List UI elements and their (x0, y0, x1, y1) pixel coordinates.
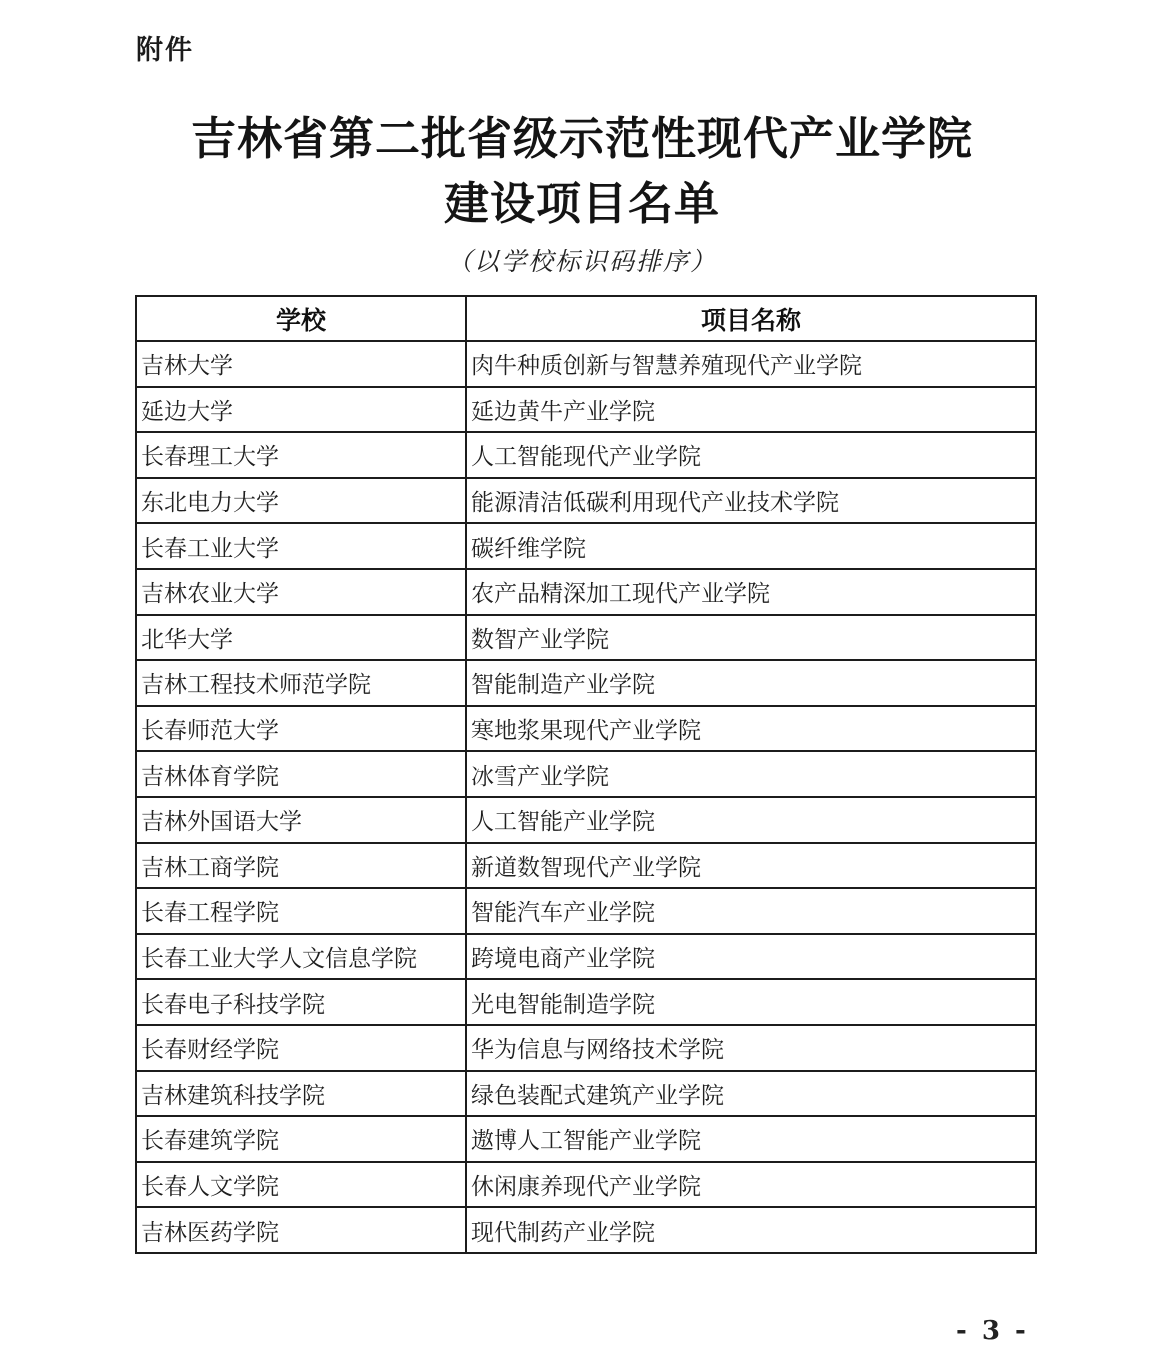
school-cell: 吉林医药学院 (136, 1207, 466, 1253)
table-row: 吉林体育学院冰雪产业学院 (136, 751, 1036, 797)
table-row: 长春财经学院华为信息与网络技术学院 (136, 1025, 1036, 1071)
table-row: 吉林农业大学农产品精深加工现代产业学院 (136, 569, 1036, 615)
project-cell: 华为信息与网络技术学院 (466, 1025, 1036, 1071)
school-cell: 北华大学 (136, 615, 466, 661)
school-cell: 长春电子科技学院 (136, 979, 466, 1025)
project-cell: 智能汽车产业学院 (466, 888, 1036, 934)
school-cell: 长春建筑学院 (136, 1116, 466, 1162)
school-cell: 吉林外国语大学 (136, 797, 466, 843)
school-cell: 长春理工大学 (136, 432, 466, 478)
project-cell: 冰雪产业学院 (466, 751, 1036, 797)
school-cell: 长春工业大学人文信息学院 (136, 934, 466, 980)
project-cell: 能源清洁低碳利用现代产业技术学院 (466, 478, 1036, 524)
project-cell: 跨境电商产业学院 (466, 934, 1036, 980)
school-column-header: 学校 (136, 296, 466, 341)
table-row: 吉林医药学院现代制药产业学院 (136, 1207, 1036, 1253)
document-title-line1: 吉林省第二批省级示范性现代产业学院 (0, 106, 1164, 171)
table-row: 吉林工程技术师范学院智能制造产业学院 (136, 660, 1036, 706)
school-cell: 长春人文学院 (136, 1162, 466, 1208)
table-row: 长春人文学院休闲康养现代产业学院 (136, 1162, 1036, 1208)
project-cell: 人工智能产业学院 (466, 797, 1036, 843)
project-cell: 现代制药产业学院 (466, 1207, 1036, 1253)
attachment-label: 附件 (136, 28, 194, 67)
project-cell: 碳纤维学院 (466, 523, 1036, 569)
table-row: 长春工程学院智能汽车产业学院 (136, 888, 1036, 934)
project-cell: 休闲康养现代产业学院 (466, 1162, 1036, 1208)
table-row: 东北电力大学能源清洁低碳利用现代产业技术学院 (136, 478, 1036, 524)
school-cell: 吉林工程技术师范学院 (136, 660, 466, 706)
project-cell: 遨博人工智能产业学院 (466, 1116, 1036, 1162)
school-cell: 长春师范大学 (136, 706, 466, 752)
school-cell: 长春财经学院 (136, 1025, 466, 1071)
table-row: 长春工业大学人文信息学院跨境电商产业学院 (136, 934, 1036, 980)
table-row: 吉林外国语大学人工智能产业学院 (136, 797, 1036, 843)
table-row: 吉林建筑科技学院绿色装配式建筑产业学院 (136, 1071, 1036, 1117)
project-cell: 绿色装配式建筑产业学院 (466, 1071, 1036, 1117)
table-row: 北华大学数智产业学院 (136, 615, 1036, 661)
table-row: 吉林工商学院新道数智现代产业学院 (136, 843, 1036, 889)
school-cell: 东北电力大学 (136, 478, 466, 524)
school-cell: 吉林大学 (136, 341, 466, 387)
school-cell: 吉林体育学院 (136, 751, 466, 797)
table-row: 长春理工大学人工智能现代产业学院 (136, 432, 1036, 478)
school-cell: 吉林农业大学 (136, 569, 466, 615)
project-cell: 新道数智现代产业学院 (466, 843, 1036, 889)
document-title-line2: 建设项目名单 (0, 171, 1164, 236)
page-number: - 3 - (956, 1316, 1029, 1346)
table-row: 长春电子科技学院光电智能制造学院 (136, 979, 1036, 1025)
school-cell: 长春工程学院 (136, 888, 466, 934)
project-cell: 肉牛种质创新与智慧养殖现代产业学院 (466, 341, 1036, 387)
school-cell: 延边大学 (136, 387, 466, 433)
school-cell: 吉林建筑科技学院 (136, 1071, 466, 1117)
project-cell: 光电智能制造学院 (466, 979, 1036, 1025)
table-row: 长春工业大学碳纤维学院 (136, 523, 1036, 569)
project-cell: 寒地浆果现代产业学院 (466, 706, 1036, 752)
document-title: 吉林省第二批省级示范性现代产业学院 建设项目名单 (0, 106, 1164, 236)
project-table: 学校 项目名称 吉林大学肉牛种质创新与智慧养殖现代产业学院延边大学延边黄牛产业学… (135, 295, 1037, 1254)
project-table-body: 吉林大学肉牛种质创新与智慧养殖现代产业学院延边大学延边黄牛产业学院长春理工大学人… (136, 341, 1036, 1253)
school-cell: 长春工业大学 (136, 523, 466, 569)
project-table-header: 学校 项目名称 (136, 296, 1036, 341)
project-cell: 农产品精深加工现代产业学院 (466, 569, 1036, 615)
table-row: 长春师范大学寒地浆果现代产业学院 (136, 706, 1036, 752)
project-cell: 人工智能现代产业学院 (466, 432, 1036, 478)
header-row: 学校 项目名称 (136, 296, 1036, 341)
table-row: 延边大学延边黄牛产业学院 (136, 387, 1036, 433)
project-cell: 延边黄牛产业学院 (466, 387, 1036, 433)
project-cell: 智能制造产业学院 (466, 660, 1036, 706)
table-row: 长春建筑学院遨博人工智能产业学院 (136, 1116, 1036, 1162)
project-name-column-header: 项目名称 (466, 296, 1036, 341)
document-subtitle: （以学校标识码排序） (0, 242, 1164, 278)
table-row: 吉林大学肉牛种质创新与智慧养殖现代产业学院 (136, 341, 1036, 387)
document-page: { "page": { "attachment_label": "附件", "t… (0, 0, 1164, 1370)
project-cell: 数智产业学院 (466, 615, 1036, 661)
school-cell: 吉林工商学院 (136, 843, 466, 889)
